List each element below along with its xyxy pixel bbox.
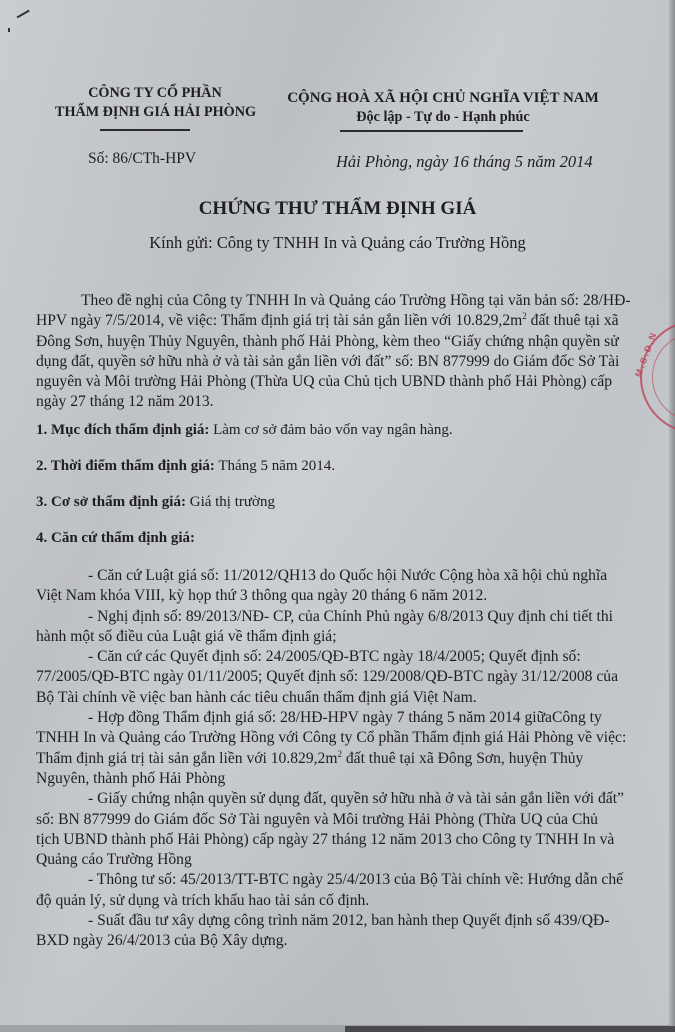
section-value: Giá thị trường [186,494,275,510]
intro-line: ngày 27 tháng 12 năm 2013. [36,392,616,412]
grounds-line: - Giấy chứng nhận quyền sử dụng đất, quy… [36,789,616,809]
grounds-line: BXD ngày 26/4/2013 của Bộ Xây dựng. [36,931,616,951]
grounds-line: tịch UBND thành phố Hải Phòng) cấp ngày … [36,830,616,850]
grounds-line: - Căn cứ các Quyết định số: 24/2005/QĐ-B… [36,647,616,667]
document-number: Số: 86/CTh-HPV [88,150,196,168]
section-purpose: 1. Mục đích thẩm định giá: Làm cơ sở đảm… [36,422,453,439]
intro-line: Theo đề nghị của Công ty TNHH In và Quản… [36,291,616,311]
intro-line: nguyên và Môi trường Hải Phòng (Thừa UQ … [36,372,616,392]
grounds-line: Việt Nam khóa VIII, kỳ họp thứ 3 thông q… [36,586,616,606]
grounds-list: - Căn cứ Luật giá số: 11/2012/QH13 do Qu… [36,566,616,952]
company-name-line2: THẨM ĐỊNH GIÁ HẢI PHÒNG [55,103,255,122]
section-value: Làm cơ sở đảm bảo vốn vay ngân hàng. [209,422,452,438]
company-header: CÔNG TY CỔ PHẦN THẨM ĐỊNH GIÁ HẢI PHÒNG [55,84,255,122]
grounds-line: - Suất đầu tư xây dựng công trình năm 20… [36,911,616,931]
section-grounds: 4. Căn cứ thẩm định giá: [36,530,195,547]
section-label: 1. Mục đích thẩm định giá: [36,422,209,438]
grounds-line-tail: đất thuê tại xã Đông Sơn, huyện Thủy [342,750,583,767]
grounds-line: - Căn cứ Luật giá số: 11/2012/QH13 do Qu… [36,566,616,586]
grounds-line: TNHH In và Quảng cáo Trường Hồng với Côn… [36,728,616,748]
intro-line: Đông Sơn, huyện Thủy Nguyên, thành phố H… [36,332,616,352]
place-date: Hải Phòng, ngày 16 tháng 5 năm 2014 [336,152,593,172]
header-underline-left [100,129,190,131]
grounds-line: Thẩm định giá trị tài sản gắn liền với 1… [36,749,616,769]
grounds-line: số: BN 877999 do Giám đốc Sở Tài nguyên … [36,810,616,830]
grounds-line: - Nghị định số: 89/2013/NĐ- CP, của Chín… [36,607,616,627]
grounds-line: độ quản lý, sử dụng và trích khấu hao tà… [36,891,616,911]
grounds-line: Nguyên, thành phố Hải Phòng [36,769,616,789]
grounds-line-text: Thẩm định giá trị tài sản gắn liền với 1… [36,750,337,767]
intro-line: HPV ngày 7/5/2014, về việc: Thẩm định gi… [36,311,616,331]
national-header: CỘNG HOÀ XÃ HỘI CHỦ NGHĨA VIỆT NAM Độc l… [278,89,608,127]
document-title: CHỨNG THƯ THẨM ĐỊNH GIÁ [0,198,675,220]
recipient: Kính gửi: Công ty TNHH In và Quảng cáo T… [0,233,675,253]
header-underline-right [340,130,523,132]
grounds-line: Bộ Tài chính về việc ban hành các tiêu c… [36,688,616,708]
intro-paragraph: Theo đề nghị của Công ty TNHH In và Quản… [36,291,616,413]
page-edge [669,0,675,1032]
section-label: 4. Căn cứ thẩm định giá: [36,530,195,546]
section-time: 2. Thời điểm thẩm định giá: Tháng 5 năm … [36,458,335,475]
page-edge-bottom [345,1026,675,1032]
company-name-line1: CÔNG TY CỔ PHẦN [55,84,255,103]
intro-line-tail: đất thuê tại xã [527,312,619,329]
national-title: CỘNG HOÀ XÃ HỘI CHỦ NGHĨA VIỆT NAM [278,89,608,108]
grounds-line: 77/2005/QĐ-BTC ngày 01/11/2005; Quyết đị… [36,667,616,687]
intro-line: dụng đất, quyền sở hữu nhà ở và tài sản … [36,352,616,372]
ink-mark [8,28,10,32]
section-label: 2. Thời điểm thẩm định giá: [36,458,215,474]
grounds-line: - Thông tư số: 45/2013/TT-BTC ngày 25/4/… [36,870,616,890]
grounds-line: - Hợp đồng Thẩm định giá số: 28/HĐ-HPV n… [36,708,616,728]
section-basis: 3. Cơ sở thẩm định giá: Giá thị trường [36,494,275,511]
section-value: Tháng 5 năm 2014. [215,458,335,474]
grounds-line: Quảng cáo Trường Hồng [36,850,616,870]
intro-line-text: HPV ngày 7/5/2014, về việc: Thẩm định gi… [36,312,522,329]
section-label: 3. Cơ sở thẩm định giá: [36,494,186,510]
national-motto: Độc lập - Tự do - Hạnh phúc [278,108,608,127]
grounds-line: hành một số điều của Luật giá về thẩm đị… [36,627,616,647]
